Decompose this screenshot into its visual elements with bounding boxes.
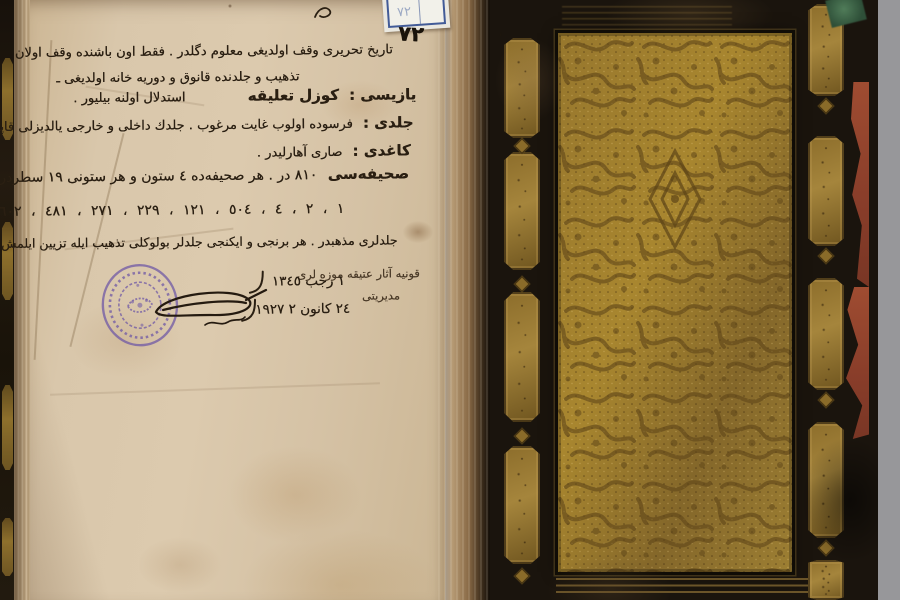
note-line-1: تاریخ تحریری وقف اولدیغی معلوم دگلدر . ف…	[15, 42, 393, 60]
label-cildi: جلدی :	[363, 113, 414, 131]
value-cildi: فرسوده اولوب غایت مرغوب . جلدك داخلی و خ…	[0, 117, 353, 136]
label-yazisi: یازیسی :	[349, 85, 416, 104]
value-sahifesi: ٨١٠ در . هر صحیفه‌ده ٤ ستون و هر ستونی ١…	[0, 167, 317, 186]
note-line-2: تذهیب و جلدنده قانوق و دوریه خانه اولدیغ…	[56, 69, 299, 86]
label-kagidi: كاغدی :	[352, 141, 410, 160]
manuscript-photo: ٧٢ ٧٢ ، تاریخ تحریری وقف اولدیغی معلوم د…	[0, 0, 900, 600]
value-yazisi: كوزل تعلیقه	[248, 86, 339, 105]
note-line-paper: كاغدی : صاری آهارلیدر .	[257, 141, 411, 160]
note-line-8: جلدلری مذهبدر . هر برنجی و ایكنجی جلدلر …	[0, 232, 398, 251]
note-line-numbers: ١ ، ٢ ، ٤ ، ٥٠٤ ، ١٢١ ، ٢٢٩ ، ٢٧١ ، ٤٨١ …	[0, 201, 344, 221]
label-sahifesi: صحیفه‌سی	[328, 164, 409, 183]
note-line-writing: یازیسی : كوزل تعلیقه	[248, 85, 417, 104]
note-line-binding: جلدی : فرسوده اولوب غایت مرغوب . جلدك دا…	[0, 113, 414, 135]
stamp-office-line-2: مدیریتی	[362, 288, 400, 302]
signature-flourish	[150, 284, 270, 336]
date-hijri: ١ رجب ١٣٤٥	[272, 273, 345, 290]
note-line-3-continuation: استدلال اولنه بیلیور .	[73, 90, 185, 106]
note-line-pages: صحیفه‌سی ٨١٠ در . هر صحیفه‌ده ٤ ستون و ه…	[0, 164, 409, 186]
value-kagidi: صاری آهارلیدر .	[257, 145, 343, 161]
